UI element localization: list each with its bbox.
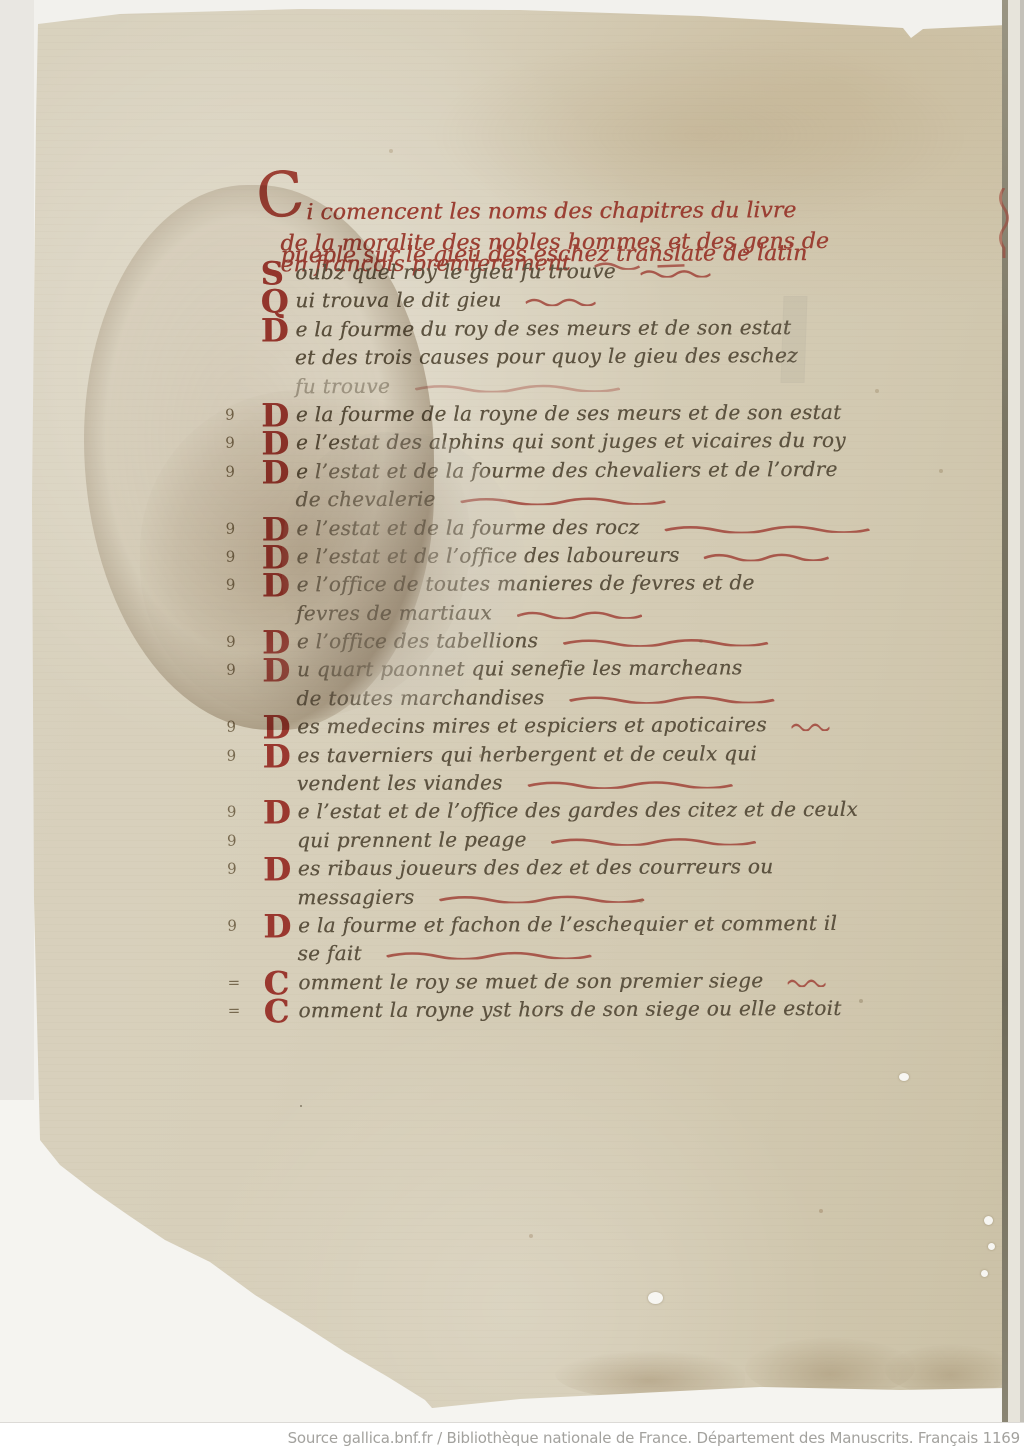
chapter-line: 9 D es medecins mires et espiciers et ap… — [262, 712, 922, 743]
parchment-hole — [899, 1073, 909, 1081]
line-filler-squiggle — [526, 296, 596, 306]
chapter-line: 9 D es ribaus joueurs des dez et des cou… — [263, 854, 923, 885]
chapter-text: vendent les viandes — [297, 770, 503, 795]
line-filler-squiggle — [551, 835, 756, 846]
chapter-text: e la fourme de la royne de ses meurs et … — [296, 400, 842, 426]
chapter-line: 9 D e l’estat des alphins qui sont juges… — [261, 428, 921, 459]
line-filler-squiggle — [386, 949, 591, 960]
chapter-initial: D — [263, 860, 291, 880]
line-filler-squiggle — [527, 778, 732, 789]
margin-mark: = — [228, 973, 241, 991]
chapter-line: messagiers — [263, 882, 923, 913]
chapter-line: fu trouve — [261, 371, 921, 402]
chapter-initial: D — [262, 632, 290, 652]
chapter-text: e l’estat et de l’office des laboureurs — [296, 543, 679, 569]
line-filler-squiggle — [788, 977, 826, 987]
chapter-text: fu trouve — [295, 373, 390, 397]
chapter-text: e la fourme et fachon de l’eschequier et… — [298, 911, 837, 937]
chapter-text: ui trouva le dit gieu — [295, 288, 501, 313]
margin-mark: 9 — [226, 633, 236, 651]
parchment-hole — [988, 1243, 995, 1250]
chapter-text: oubz quel roy le gieu fu trouve — [295, 259, 616, 284]
chapter-line: fevres de martiaux — [262, 598, 922, 629]
chapter-line: 9 D es taverniers qui herbergent et de c… — [263, 740, 923, 771]
chapter-initial: S — [260, 263, 288, 283]
chapter-line: 9 qui prennent le peage — [263, 825, 923, 856]
chapter-initial: D — [261, 462, 289, 482]
chapter-line: 9 D u quart paonnet qui senefie les marc… — [262, 655, 922, 686]
chapter-line: 9 D e l’office de toutes manieres de fev… — [262, 570, 922, 601]
stain-bottom — [885, 1345, 1015, 1395]
chapter-line: 9 D e l’estat et de la fourme des rocz — [262, 513, 922, 544]
margin-mark: 9 — [225, 406, 235, 424]
chapter-line: Q ui trouva le dit gieu — [261, 286, 921, 317]
heading-line: pueple sur le gieu des eschez translate … — [260, 240, 289, 249]
chapter-line: = C omment le roy se muet de son premier… — [264, 967, 924, 998]
margin-mark: 9 — [226, 547, 236, 565]
chapter-initial: D — [262, 718, 290, 738]
chapter-line: 9 D e l’estat et de la fourme des cheval… — [261, 456, 921, 487]
text-block: C i comencent les noms des chapitres du … — [260, 195, 924, 1027]
gallica-caption-bar: Source gallica.bnf.fr / Bibliothèque nat… — [0, 1422, 1024, 1452]
margin-mark: 9 — [225, 434, 235, 452]
chapter-line: S oubz quel roy le gieu fu trouve — [260, 258, 920, 289]
margin-mark: = — [228, 1002, 241, 1020]
line-filler-squiggle — [460, 495, 665, 506]
chapter-list: S oubz quel roy le gieu fu trouve Q ui t… — [260, 258, 923, 1027]
chapter-text: e l’estat et de la fourme des rocz — [296, 514, 639, 539]
chapter-line: et des trois causes pour quoy le gieu de… — [261, 343, 921, 374]
source-caption: Source gallica.bnf.fr / Bibliothèque nat… — [288, 1429, 1024, 1447]
chapter-text: es taverniers qui herbergent et de ceulx… — [297, 741, 757, 767]
chapter-initial: D — [262, 547, 290, 567]
chapter-initial: D — [262, 661, 290, 681]
chapter-text: fevres de martiaux — [296, 600, 492, 625]
chapter-line: D e la fourme du roy de ses meurs et de … — [261, 314, 921, 345]
chapter-text: qui prennent le peage — [297, 827, 527, 852]
line-filler-squiggle — [415, 381, 620, 392]
chapter-initial: D — [262, 519, 290, 539]
chapter-text: e l’estat et de l’office des gardes des … — [297, 797, 857, 823]
chapter-text: omment la royne yst hors de son siege ou… — [298, 996, 841, 1022]
line-filler-squiggle — [704, 551, 829, 562]
line-filler-squiggle — [640, 267, 710, 277]
chapter-initial: D — [261, 434, 289, 454]
chapter-initial: D — [262, 576, 290, 596]
chapter-text: de chevalerie — [295, 487, 435, 512]
chapter-text: et des trois causes pour quoy le gieu de… — [295, 343, 798, 369]
margin-mark: 9 — [226, 718, 236, 736]
heading-line: i comencent les noms des chapitres du li… — [260, 195, 920, 229]
margin-mark: 9 — [226, 519, 236, 537]
chapter-line: 9 D e la fourme et fachon de l’eschequie… — [263, 911, 923, 942]
chapter-text: u quart paonnet qui senefie les marchean… — [297, 656, 743, 682]
chapter-line: 9 D e la fourme de la royne de ses meurs… — [261, 400, 921, 431]
chapter-line: se fait — [263, 939, 923, 970]
margin-mark: 9 — [227, 746, 237, 764]
line-filler-squiggle — [439, 892, 644, 903]
chapter-text: e l’office des tabellions — [297, 628, 538, 653]
pen-trial-marks — [997, 188, 1011, 258]
chapter-initial: D — [263, 803, 291, 823]
rubric-heading: C i comencent les noms des chapitres du … — [260, 195, 920, 257]
chapter-text: e l’estat des alphins qui sont juges et … — [296, 428, 846, 454]
chapter-text: es ribaus joueurs des dez et des courreu… — [298, 854, 774, 880]
parchment-hole — [981, 1270, 988, 1277]
chapter-initial: D — [263, 746, 291, 766]
chapter-text: omment le roy se muet de son premier sie… — [298, 968, 763, 994]
chapter-initial: D — [261, 405, 289, 425]
line-filler-squiggle — [563, 636, 768, 647]
parchment-page: C i comencent les noms des chapitres du … — [0, 0, 1024, 1422]
line-filler-squiggle — [517, 608, 642, 619]
margin-mark: 9 — [225, 462, 235, 480]
chapter-initial: D — [261, 320, 289, 340]
chapter-line: 9 D e l’estat et de l’office des laboure… — [262, 541, 922, 572]
line-filler-squiggle — [664, 522, 869, 533]
chapter-line: de chevalerie — [261, 485, 921, 516]
chapter-line: = C omment la royne yst hors de son sieg… — [264, 996, 924, 1027]
chapter-text: e la fourme du roy de ses meurs et de so… — [295, 315, 791, 341]
line-filler-squiggle — [791, 721, 829, 731]
margin-mark: 9 — [226, 576, 236, 594]
margin-mark: 9 — [227, 803, 237, 821]
chapter-initial: Q — [261, 292, 289, 312]
manuscript-photo: C i comencent les noms des chapitres du … — [0, 0, 1024, 1452]
margin-mark: 9 — [227, 917, 237, 935]
image-right-edge — [1020, 0, 1024, 1422]
chapter-text: e l’office de toutes manieres de fevres … — [297, 571, 755, 597]
chapter-initial: C — [264, 1001, 292, 1021]
chapter-initial: C — [264, 973, 292, 993]
chapter-text: de toutes marchandises — [296, 685, 544, 710]
chapter-line: 9 D e l’estat et de l’office des gardes … — [263, 797, 923, 828]
chapter-text: es medecins mires et espiciers et apotic… — [297, 712, 767, 738]
chapter-initial: D — [263, 916, 291, 936]
margin-mark: 9 — [227, 831, 237, 849]
chapter-line: de toutes marchandises — [262, 683, 922, 714]
chapter-text: messagiers — [297, 884, 414, 909]
parchment-hole — [984, 1216, 993, 1225]
chapter-text: se fait — [297, 941, 361, 965]
chapter-text: e l’estat et de la fourme des chevaliers… — [296, 457, 838, 483]
parchment-hole — [648, 1292, 663, 1304]
line-filler-squiggle — [569, 693, 774, 704]
margin-mark: 9 — [226, 661, 236, 679]
margin-mark: 9 — [227, 860, 237, 878]
heading-initial: C — [255, 177, 306, 213]
chapter-line: vendent les viandes — [263, 769, 923, 800]
chapter-line: 9 D e l’office des tabellions — [262, 627, 922, 658]
